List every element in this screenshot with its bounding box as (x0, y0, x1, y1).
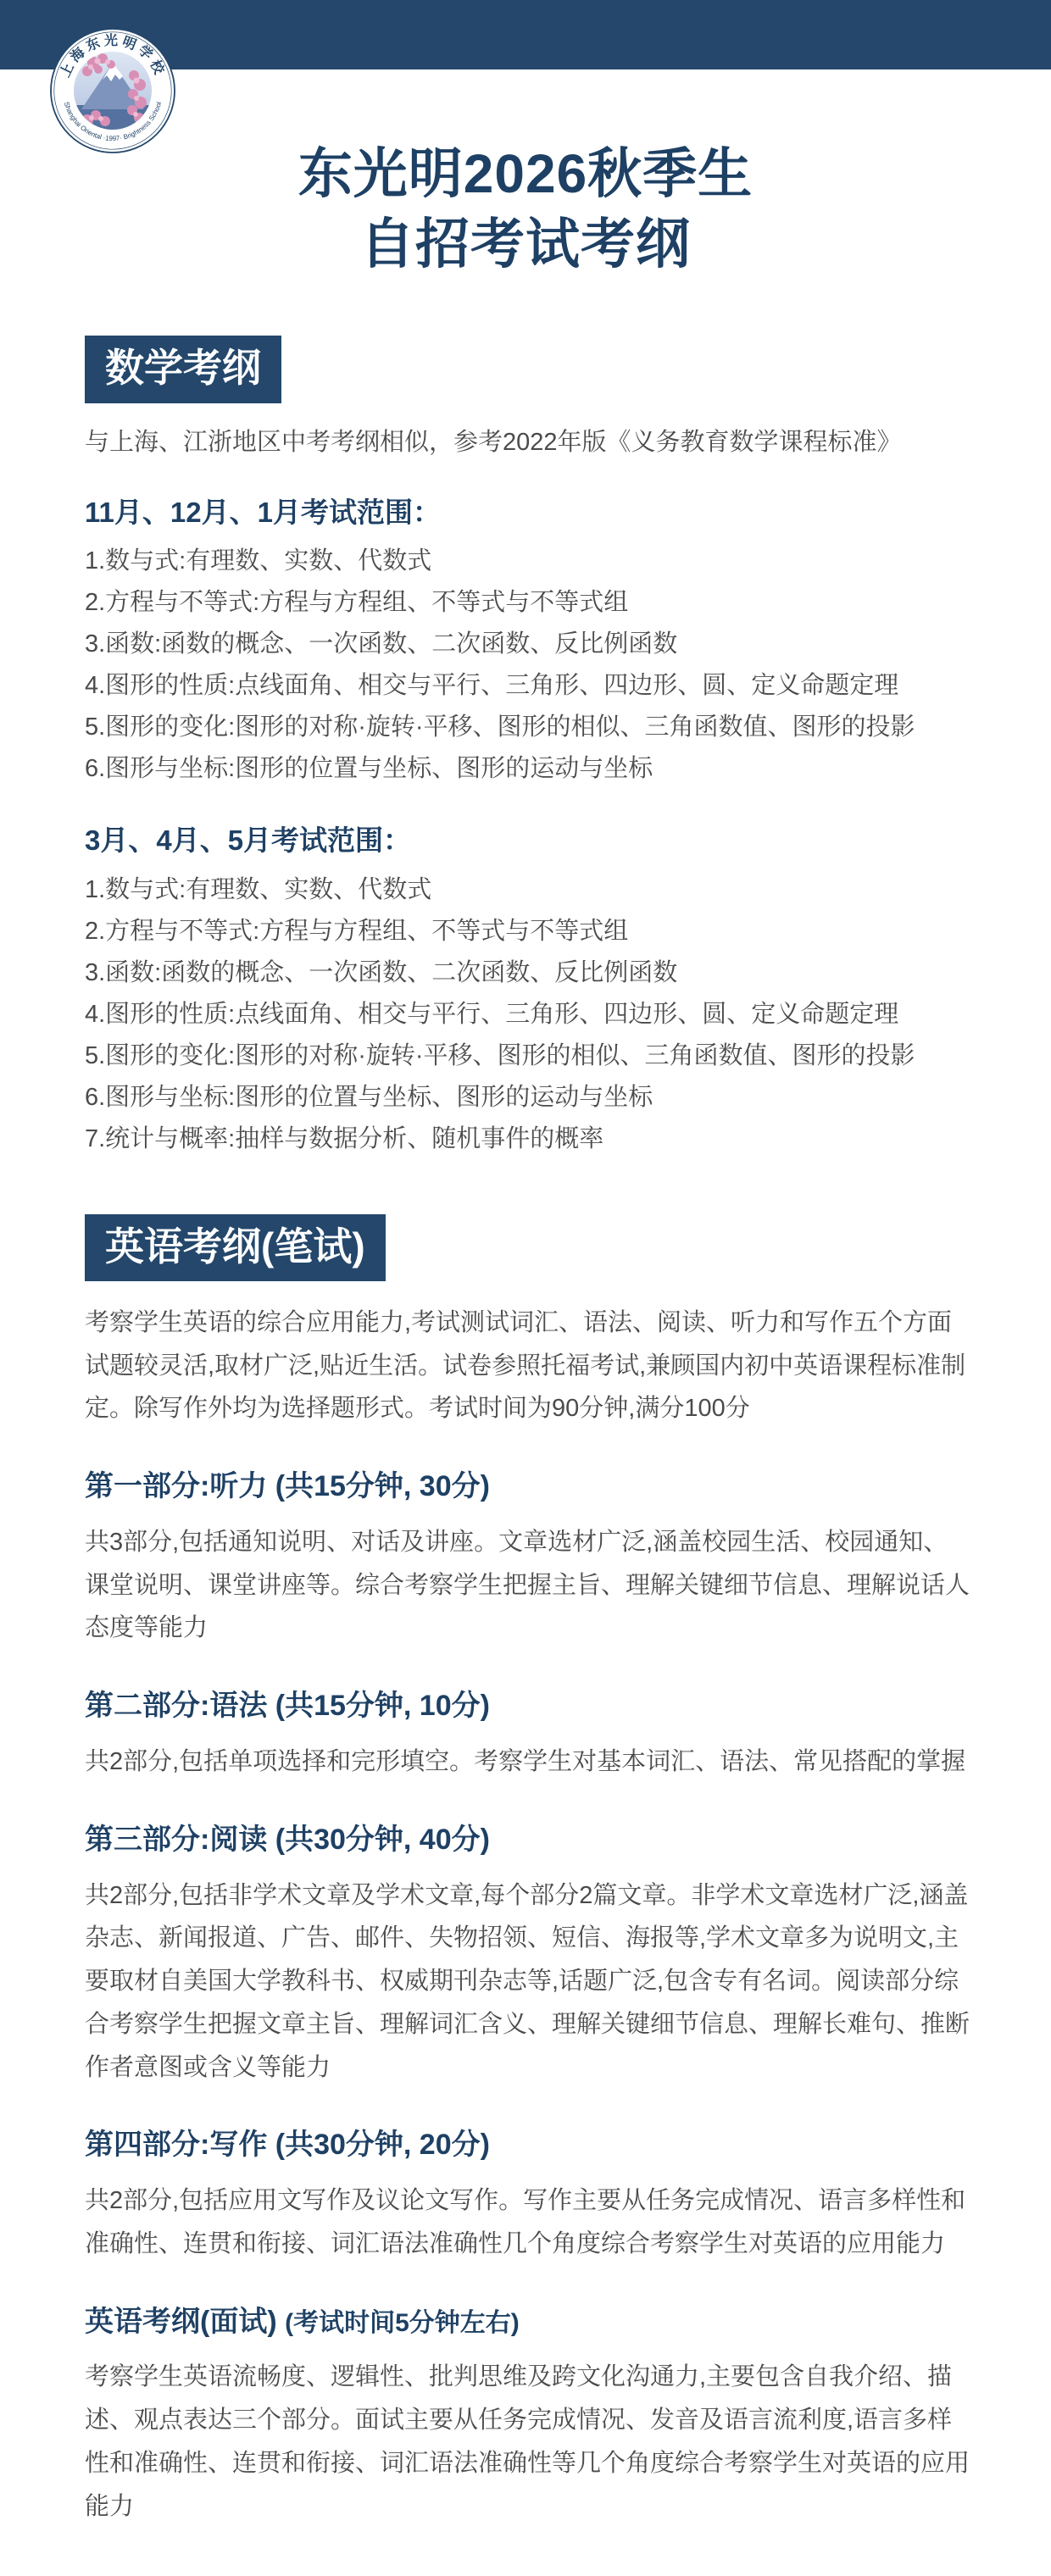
math-range-2-heading: 3月、4月、5月考试范围： (85, 824, 970, 858)
content: 数学考纲 与上海、江浙地区中考考纲相似，参考2022年版《义务教育数学课程标准》… (0, 280, 1051, 2528)
list-item: 2.方程与不等式:方程与方程组、不等式与不等式组 (85, 582, 970, 624)
list-item: 7.统计与概率:抽样与数据分析、随机事件的概率 (85, 1119, 970, 1160)
english-part-4-heading: 第四部分:写作 (共30分钟, 20分) (85, 2128, 970, 2162)
english-part-1-heading: 第一部分:听力 (共15分钟, 30分) (85, 1469, 970, 1504)
math-range-1-heading: 11月、12月、1月考试范围： (85, 496, 970, 530)
english-part-2-description: 共2部分,包括单项选择和完形填空。考察学生对基本词汇、语法、常见搭配的掌握 (85, 1740, 970, 1784)
english-part-3-description: 共2部分,包括非学术文章及学术文章,每个部分2篇文章。非学术文章选材广泛,涵盖杂… (85, 1874, 970, 2090)
english-interview-description: 考察学生英语流畅度、逻辑性、批判思维及跨文化沟通力,主要包含自我介绍、描述、观点… (85, 2356, 970, 2528)
page-title-line2: 自招考试考纲 (0, 209, 1051, 280)
school-logo: 上海东光明学校 Shanghai Oriental ·1997· Brightn… (49, 27, 176, 154)
list-item: 4.图形的性质:点线面角、相交与平行、三角形、四边形、圆、定义命题定理 (85, 994, 970, 1035)
poster-page: 上海东光明学校 Shanghai Oriental ·1997· Brightn… (0, 0, 1051, 2576)
page-title: 东光明2026秋季生 自招考试考纲 (0, 139, 1051, 280)
english-interview-heading-label: 英语考纲(面试) (85, 2306, 277, 2338)
list-item: 1.数与式:有理数、实数、代数式 (85, 869, 970, 911)
math-section-header: 数学考纲 (85, 336, 281, 402)
english-part-1-description: 共3部分,包括通知说明、对话及讲座。文章选材广泛,涵盖校园生活、校园通知、课堂说… (85, 1521, 970, 1650)
english-part-4-description: 共2部分,包括应用文写作及议论文写作。写作主要从任务完成情况、语言多样性和准确性… (85, 2179, 970, 2266)
list-item: 1.数与式:有理数、实数、代数式 (85, 541, 970, 582)
list-item: 5.图形的变化:图形的对称·旋转·平移、图形的相似、三角函数值、图形的投影 (85, 1035, 970, 1077)
english-part-2-heading: 第二部分:语法 (共15分钟, 10分) (85, 1689, 970, 1724)
math-range-1-list: 1.数与式:有理数、实数、代数式 2.方程与不等式:方程与方程组、不等式与不等式… (85, 541, 970, 790)
list-item: 6.图形与坐标:图形的位置与坐标、图形的运动与坐标 (85, 1077, 970, 1119)
english-part-3-heading: 第三部分:阅读 (共30分钟, 40分) (85, 1823, 970, 1857)
list-item: 3.函数:函数的概念、一次函数、二次函数、反比例函数 (85, 624, 970, 665)
list-item: 6.图形与坐标:图形的位置与坐标、图形的运动与坐标 (85, 748, 970, 790)
list-item: 3.函数:函数的概念、一次函数、二次函数、反比例函数 (85, 952, 970, 994)
list-item: 2.方程与不等式:方程与方程组、不等式与不等式组 (85, 911, 970, 952)
math-intro: 与上海、江浙地区中考考纲相似，参考2022年版《义务教育数学课程标准》 (85, 424, 970, 462)
list-item: 4.图形的性质:点线面角、相交与平行、三角形、四边形、圆、定义命题定理 (85, 665, 970, 707)
english-interview-heading-note: (考试时间5分钟左右) (285, 2309, 520, 2337)
english-written-section-header: 英语考纲(笔试) (85, 1214, 386, 1281)
english-written-intro: 考察学生英语的综合应用能力,考试测试词汇、语法、阅读、听力和写作五个方面试题较灵… (85, 1302, 970, 1430)
english-interview-heading: 英语考纲(面试) (考试时间5分钟左右) (85, 2305, 970, 2340)
math-range-2-list: 1.数与式:有理数、实数、代数式 2.方程与不等式:方程与方程组、不等式与不等式… (85, 869, 970, 1160)
list-item: 5.图形的变化:图形的对称·旋转·平移、图形的相似、三角函数值、图形的投影 (85, 707, 970, 748)
school-logo-icon: 上海东光明学校 Shanghai Oriental ·1997· Brightn… (49, 27, 176, 154)
